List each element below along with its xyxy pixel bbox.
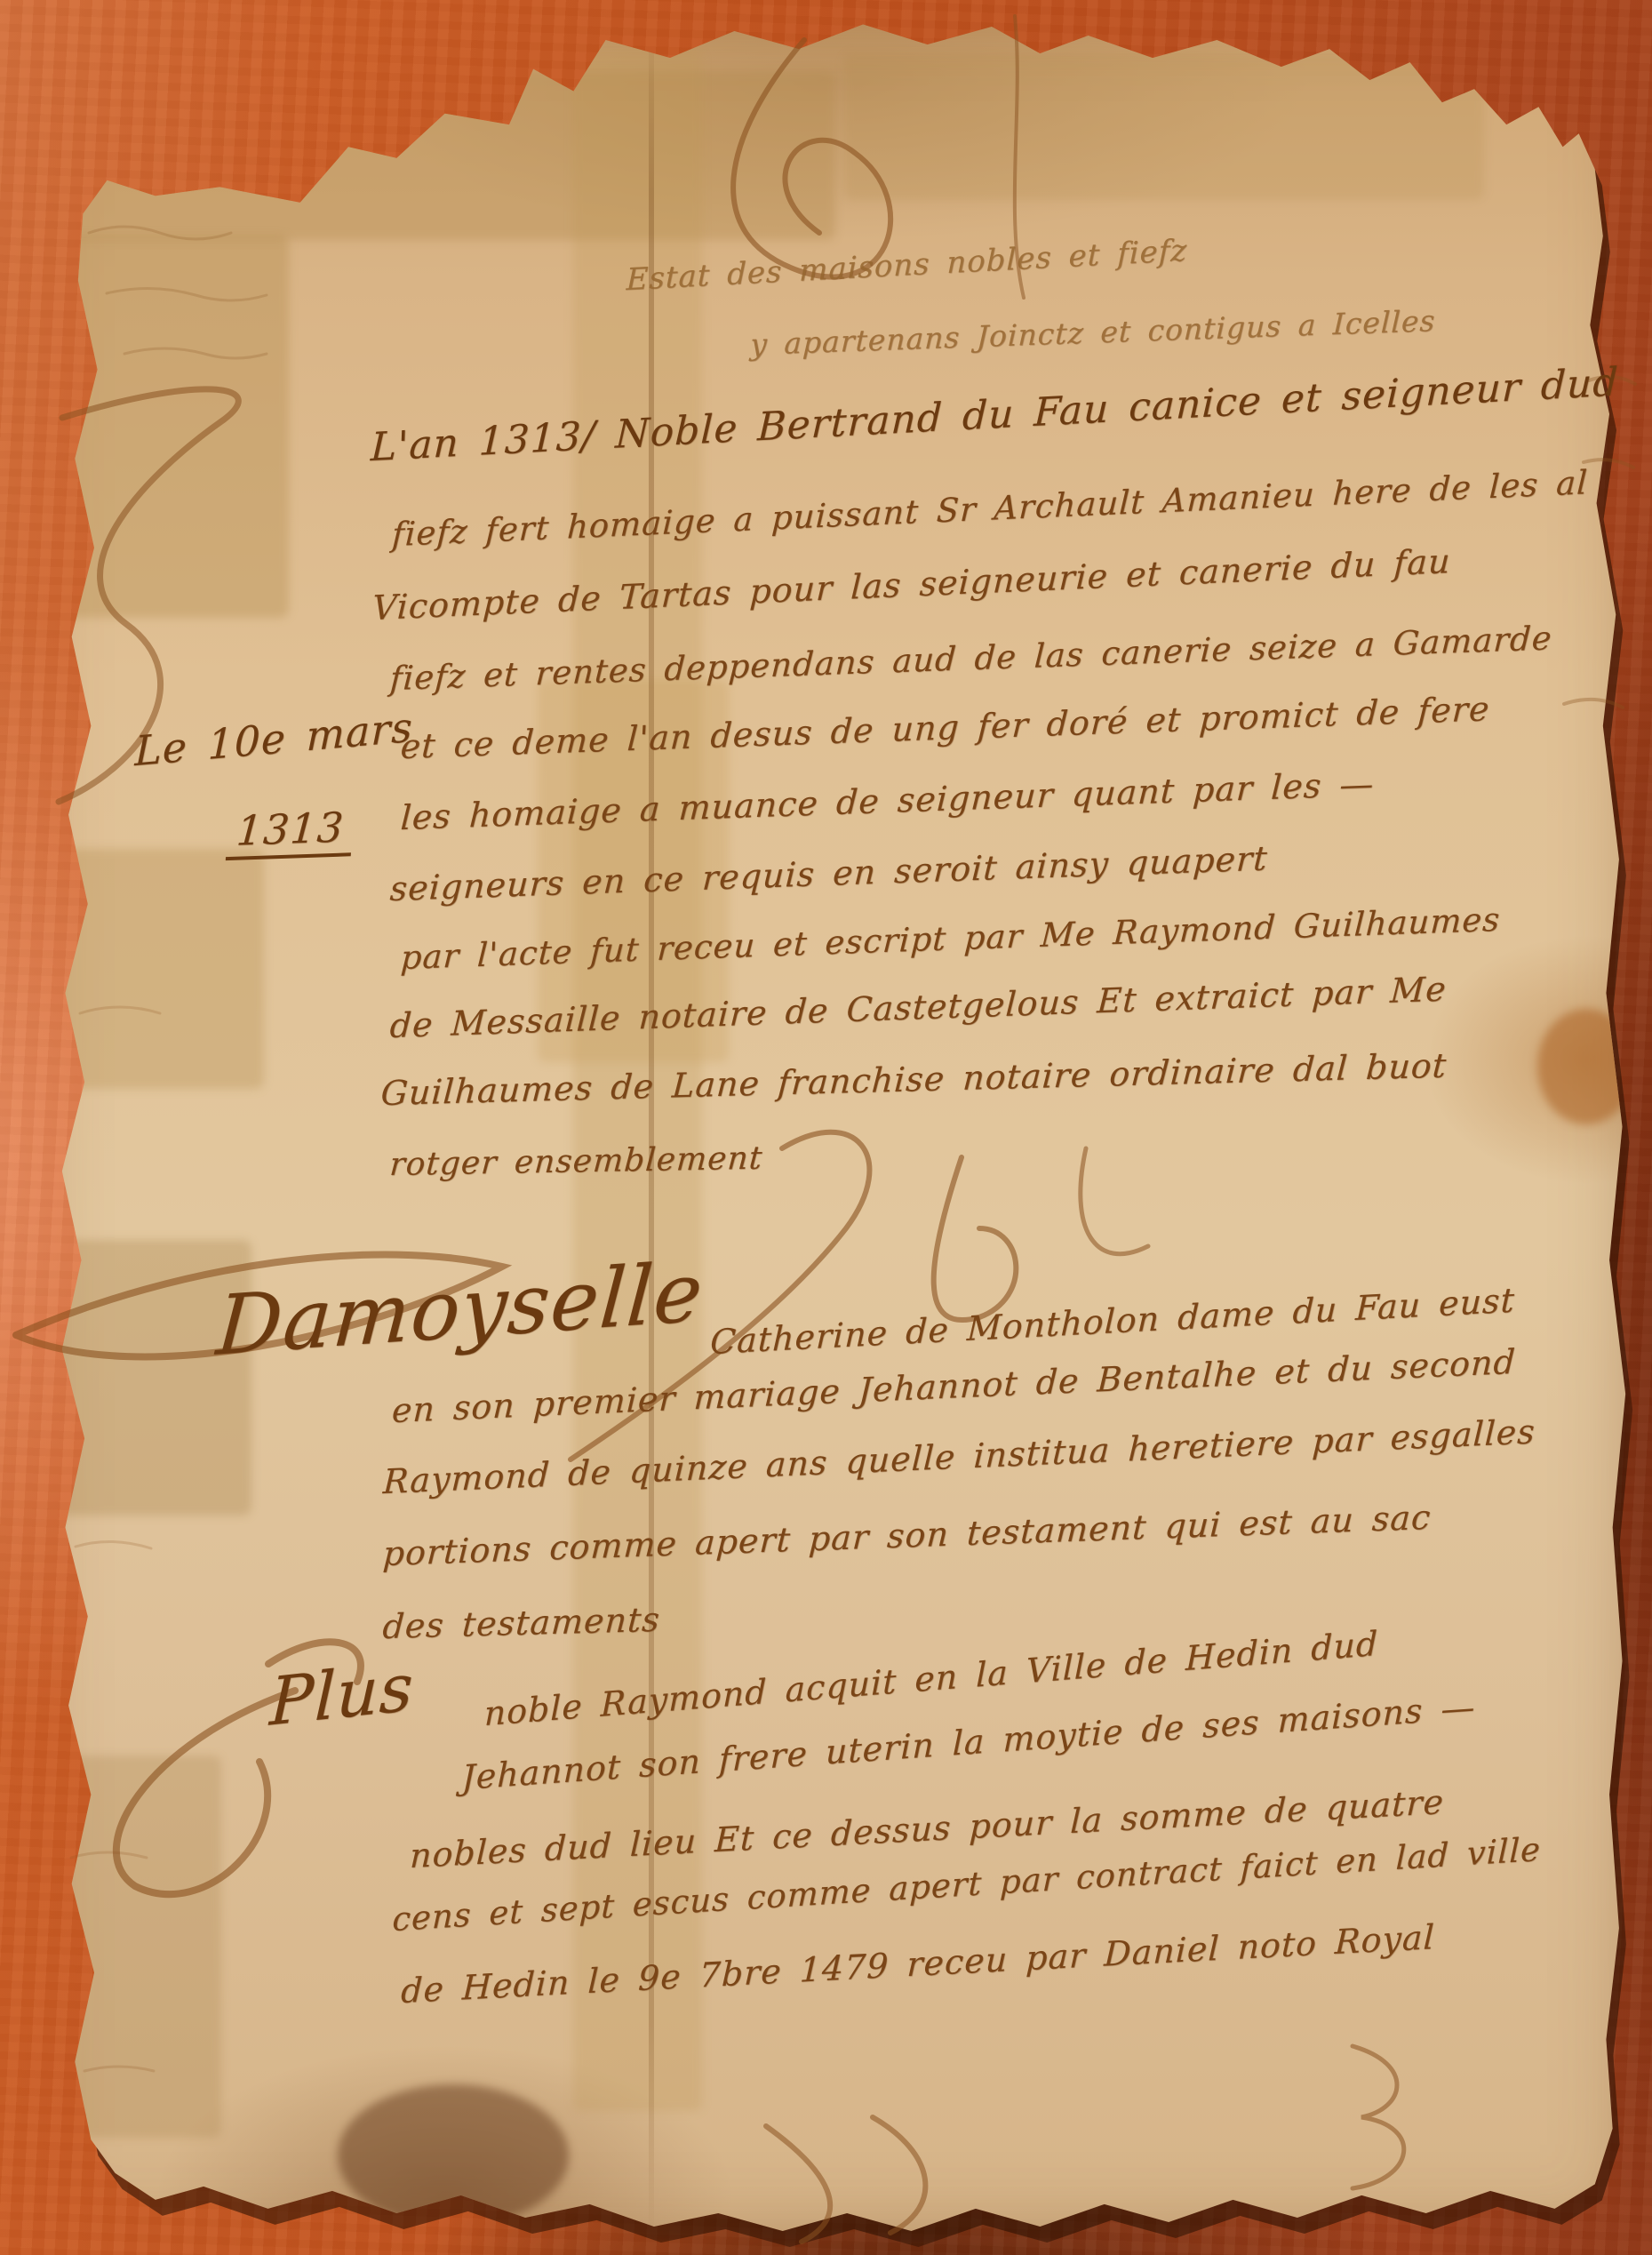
tape-repair-top-right (844, 53, 1484, 200)
paragraph2-line: des testaments (381, 1600, 661, 1646)
paragraph3-lead-word: Plus (268, 1649, 415, 1741)
paragraph1-line: rotger ensemblement (388, 1140, 764, 1183)
margin-date-line-2: 1313 (226, 803, 355, 860)
photo-scene: Estat des maisons nobles et fiefz y apar… (0, 0, 1652, 2255)
